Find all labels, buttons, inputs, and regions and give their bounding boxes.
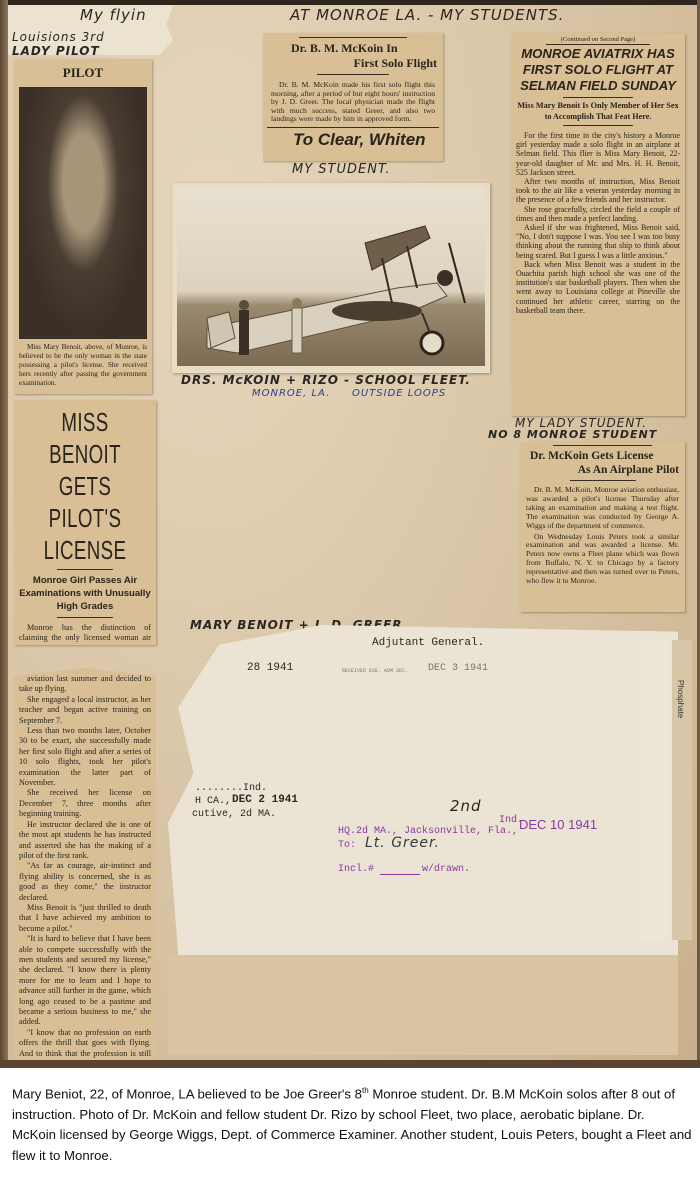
clipping-pilot-title: PILOT xyxy=(14,65,152,81)
benoit-cont-para: "As far as courage, air-instinct and fly… xyxy=(19,861,151,903)
received-date: DEC 3 1941 xyxy=(428,663,488,674)
aviatrix-para: Asked if she was frightened, Miss Benoit… xyxy=(516,223,680,260)
mckoin-solo-headline-2: First Solo Flight xyxy=(263,56,443,71)
mckoin-license-headline-2: As An Airplane Pilot xyxy=(520,463,685,477)
benoit-cont-para: He instructor declared she is one of the… xyxy=(19,820,151,862)
handwritten-lt-greer: Lt. Greer. xyxy=(365,835,440,851)
handwritten-top-left: My flyin xyxy=(80,6,147,24)
biplane-illustration xyxy=(177,188,485,366)
benoit-cont-para: aviation last summer and decided to take… xyxy=(19,674,151,695)
aviatrix-para: For the first time in the city's history… xyxy=(516,131,680,177)
aviatrix-para: Back when Miss Benoit was a student in t… xyxy=(516,260,680,315)
benoit-license-headline: MISS BENOIT GETS PILOT'S LICENSE xyxy=(34,406,136,566)
clipping-mckoin-solo: Dr. B. M. McKoin In First Solo Flight Dr… xyxy=(263,33,443,161)
clipping-pilot-photo: PILOT Miss Mary Benoit, above, of Monroe… xyxy=(14,59,152,394)
scrapbook-page: My flyin AT MONROE LA. - MY STUDENTS. Lo… xyxy=(0,0,700,1068)
handwritten-outside-loops: OUTSIDE LOOPS xyxy=(352,388,446,399)
aviatrix-subhead: Miss Mary Benoit Is Only Member of Her S… xyxy=(511,101,685,122)
side-strip-text: Phosphate xyxy=(676,680,685,718)
binder-edge xyxy=(0,0,8,1068)
aviatrix-headline: MONROE AVIATRIX HAS FIRST SOLO FLIGHT AT… xyxy=(511,46,685,94)
letter-to-label: To: xyxy=(338,840,356,851)
received-stamp: RECEIVED EXE. ADM SEC. xyxy=(342,668,408,674)
mckoin-license-para: On Wednesday Louis Peters took a similar… xyxy=(526,533,679,586)
caption-superscript: th xyxy=(362,1086,369,1095)
handwritten-monroe-student: NO 8 MONROE STUDENT xyxy=(488,428,657,441)
ad-text: To Clear, Whiten xyxy=(263,131,443,149)
letter-hq-date: DEC 2 1941 xyxy=(232,794,298,806)
aviatrix-para: She rose gracefully, circled the field a… xyxy=(516,205,680,223)
handwritten-my-student: MY STUDENT. xyxy=(292,162,390,177)
benoit-cont-para: Less than two months later, October 30 t… xyxy=(19,726,151,788)
letter-incl-suffix: w/drawn. xyxy=(422,864,470,875)
photo-mount xyxy=(172,183,490,373)
benoit-cont-para: Miss Benoit is "just thrilled to death t… xyxy=(19,903,151,934)
side-paper-strip xyxy=(640,640,668,940)
handwritten-2nd: 2nd xyxy=(450,797,482,815)
benoit-cont-para: She engaged a local instructor, as her t… xyxy=(19,695,151,726)
letter-adjutant-general: Adjutant General. xyxy=(372,637,484,649)
clipping-pilot-caption: Miss Mary Benoit, above, of Monroe, is b… xyxy=(19,343,147,388)
benoit-cont-para: She received her license on December 7, … xyxy=(19,788,151,819)
letter-executive-line: cutive, 2d MA. xyxy=(192,809,276,820)
mckoin-license-para: Dr. B. M. McKoin, Monroe aviation enthus… xyxy=(526,486,679,531)
mckoin-solo-body: Dr. B. M. McKoin made his first solo fli… xyxy=(263,78,443,124)
benoit-cont-para: "I know that no profession on earth offe… xyxy=(19,1028,151,1060)
biplane-photo xyxy=(177,188,485,366)
handwritten-louisiana-3rd: Louisions 3rd xyxy=(12,30,105,44)
date-stamp: DEC 10 1941 xyxy=(519,817,597,832)
mckoin-solo-headline-1: Dr. B. M. McKoin In xyxy=(263,41,443,56)
page-top-edge xyxy=(0,0,700,5)
page-bottom-edge xyxy=(0,1060,700,1068)
letter-date-left: 28 1941 xyxy=(247,662,293,674)
letter-ind-line: ........Ind. xyxy=(195,783,267,794)
clipping-benoit-continued: aviation last summer and decided to take… xyxy=(14,668,156,1060)
clipping-benoit-license: MISS BENOIT GETS PILOT'S LICENSE Monroe … xyxy=(14,400,156,645)
handwritten-monroe-la: MONROE, LA. xyxy=(252,388,330,399)
tan-paper-bottom xyxy=(168,955,678,1055)
letter-hq-prefix: H CA., xyxy=(195,796,231,807)
benoit-license-para: Monroe has the distinction of claiming t… xyxy=(19,623,151,645)
handwritten-photo-caption: DRS. McKOIN + RIZO - SCHOOL FLEET. xyxy=(181,373,471,387)
caption-text-1: Mary Beniot, 22, of Monroe, LA believed … xyxy=(12,1086,362,1101)
clipping-mckoin-license: Dr. McKoin Gets License As An Airplane P… xyxy=(520,442,685,612)
benoit-license-subhead: Monroe Girl Passes Air Examinations with… xyxy=(18,574,152,613)
aviatrix-kicker: (Continued on Second Page) xyxy=(511,36,685,43)
mckoin-license-headline-1: Dr. McKoin Gets License xyxy=(520,449,685,463)
handwritten-title: AT MONROE LA. - MY STUDENTS. xyxy=(290,6,564,24)
benoit-cont-para: "It is hard to believe that I have been … xyxy=(19,934,151,1028)
image-caption: Mary Beniot, 22, of Monroe, LA believed … xyxy=(12,1081,692,1166)
clipping-aviatrix: (Continued on Second Page) MONROE AVIATR… xyxy=(511,33,685,416)
aviatrix-para: After two months of instruction, Miss Be… xyxy=(516,177,680,205)
incl-blank-line xyxy=(380,874,420,875)
portrait-photo xyxy=(19,87,147,339)
handwritten-lady-pilot: LADY PILOT xyxy=(12,44,100,58)
letter-incl-label: Incl.# xyxy=(338,864,374,875)
